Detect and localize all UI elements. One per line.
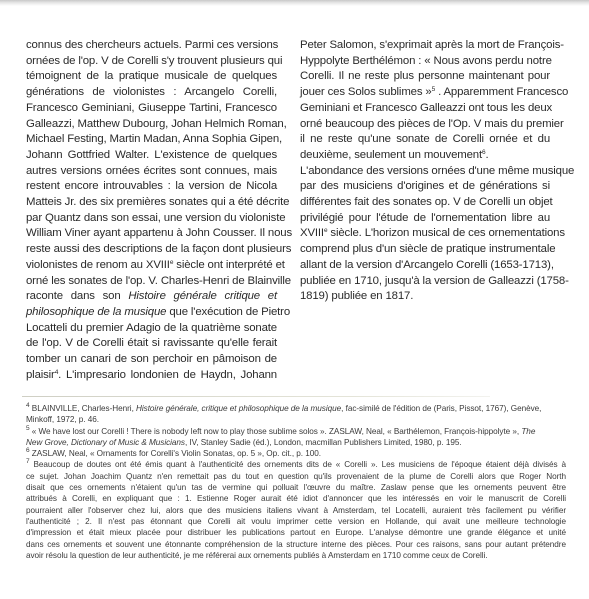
text-line: témoignent de la pratique musicale de qu… [26,69,277,85]
footnote-7: 7 Beaucoup de doutes ont été émis quant … [26,459,566,470]
text-segment: . [485,149,488,161]
footnotes: 4 BLAINVILLE, Charles-Henri, Histoire gé… [26,403,566,561]
text-segment: Beaucoup de doutes ont été émis quant à … [30,460,566,469]
text-line: Peter Salomon, s'exprimait après la mort… [300,38,550,54]
page-top-edge-shadow [0,0,589,6]
footnote-7-line: l'authenticité ; 2. Il n'est pas étonnan… [26,516,566,527]
text-segment: . Apparemment Francesco [435,86,568,98]
footnote-7-line: attribués à Corelli, en expliquant que :… [26,493,566,504]
text-segment: violonistes de renom au XVIII [26,259,170,271]
text-line: philosophique de la musique que l'exécut… [26,305,277,321]
text-segment: raconte dans son [26,290,128,302]
text-line: plaisir4. L'impresario londonien de Hayd… [26,368,277,384]
text-line: Locatteli du premier Adagio de la quatri… [26,321,277,337]
footnote-7-line: avoir résolu la question de leur authent… [26,550,566,561]
body-text-right-column: Peter Salomon, s'exprimait après la mort… [300,38,550,305]
text-line: restent encore introuvables : la version… [26,179,277,195]
footnote-7-line: d'impression et était mieux placée pour … [26,527,566,538]
text-line: il ne reste qu'une sonate de Corelli orn… [300,132,550,148]
book-title-italic: philosophique de la musique [26,306,166,318]
text-segment: siècle. L'horizon musical de ces ornemen… [327,227,564,239]
text-line: orné les sonates de l'op. V. Charles-Hen… [26,274,277,290]
text-segment: jouer ces Solos sublimes » [300,86,432,98]
text-line: Hyppolyte Berthélémon : « Nous avons per… [300,54,550,70]
text-line: allant de la version d'Arcangelo Corelli… [300,258,550,274]
text-line: ornées de l'op. V de Corelli s'y trouven… [26,54,277,70]
book-title-italic: Histoire générale critique et [128,290,277,302]
text-line: privilégié pour l'étude de l'ornementati… [300,211,550,227]
footnote-6: 6 ZASLAW, Neal, « Ornaments for Corelli'… [26,448,566,459]
text-line: connus des chercheurs actuels. Parmi ces… [26,38,277,54]
text-line: Matteis Jr. des six premières sonates qu… [26,195,277,211]
text-line: différentes fait des sonates op. V de Co… [300,195,550,211]
text-line: Francesco Geminiani, Giuseppe Tartini, F… [26,101,277,117]
text-line: tomber un canari de son perchoir en pâmo… [26,352,277,368]
text-line: William Viner ayant appartenu à John Cou… [26,226,277,242]
text-segment: que l'exécution de Pietro [166,306,290,318]
book-title-italic: New Grove, Dictionary of Music & Musicia… [26,438,185,447]
text-segment: siècle ont interprété et [173,259,285,271]
footnote-7-line: pourraient aller l'observer chez lui, al… [26,505,566,516]
text-segment: , fac-similé de l'édition de (Paris, Pis… [341,404,541,413]
footnote-separator [22,396,490,397]
text-line: jouer ces Solos sublimes »5 . Apparemmen… [300,85,550,101]
footnote-4: 4 BLAINVILLE, Charles-Henri, Histoire gé… [26,403,566,414]
text-line: XVIIIe siècle. L'horizon musical de ces … [300,226,550,242]
text-line: Michael Festing, Martin Madan, Anna Soph… [26,132,277,148]
text-line: Corelli. Il ne reste plus personne maint… [300,69,550,85]
book-title-italic: The [521,427,535,436]
text-line: générations de violonistes : Arcangelo C… [26,85,277,101]
text-line: comprend plus d'un siècle de pratique in… [300,242,550,258]
footnote-5: 5 « We have lost our Corelli ! There is … [26,426,566,437]
text-segment: ZASLAW, Neal, « Ornaments for Corelli's … [30,449,321,458]
text-line: Johann Gottfried Walter. L'existence de … [26,148,277,164]
book-title-italic: Histoire générale, critique et philosoph… [136,404,341,413]
footnote-7-line: dans ces ornements et souvent une étonna… [26,539,566,550]
text-line: orné beaucoup des pièces de l'Op. V mais… [300,117,550,133]
text-line: deuxième, seulement un mouvement6. [300,148,550,164]
text-line: autres versions ornées écrites sont conn… [26,164,277,180]
text-segment: XVIII [300,227,324,239]
text-line: publiée en 1710, jusqu'à la version de G… [300,274,550,290]
footnote-4-continued: Minkoff, 1972, p. 46. [26,414,566,425]
text-segment: deuxième, seulement un mouvement [300,149,482,161]
text-segment: , IV, Stanley Sadie (éd.), London, macmi… [185,438,462,447]
text-line: Galleazzi, Matthew Dubourg, Johan Helmic… [26,117,277,133]
text-segment: BLAINVILLE, Charles-Henri, [30,404,136,413]
text-line: L'abondance des versions ornées d'une mê… [300,164,550,180]
text-line: par des musiciens d'origines et de génér… [300,179,550,195]
body-text-left-column: connus des chercheurs actuels. Parmi ces… [26,38,277,383]
footnote-7-line: disait que ces ornements n'étaient qu'un… [26,482,566,493]
text-line: raconte dans son Histoire générale criti… [26,289,277,305]
text-line: de l'op. V de Corelli était si ravissant… [26,336,277,352]
text-line: reste aussi des descriptions de la façon… [26,242,277,258]
text-line: Geminiani et Francesco Galleazzi ont tou… [300,101,550,117]
footnote-7-line: ce sujet. Johan Joachim Quantz n'en reme… [26,471,566,482]
footnote-5-continued: New Grove, Dictionary of Music & Musicia… [26,437,566,448]
text-segment: « We have lost our Corelli ! There is no… [30,427,522,436]
text-segment: plaisir [26,369,55,381]
text-line: par Quantz dans son essai, une version d… [26,211,277,227]
text-line: 1819) publiée en 1817. [300,289,550,305]
text-line: violonistes de renom au XVIIIe siècle on… [26,258,277,274]
text-segment: . L'impresario londonien de Haydn, Johan… [58,369,277,381]
